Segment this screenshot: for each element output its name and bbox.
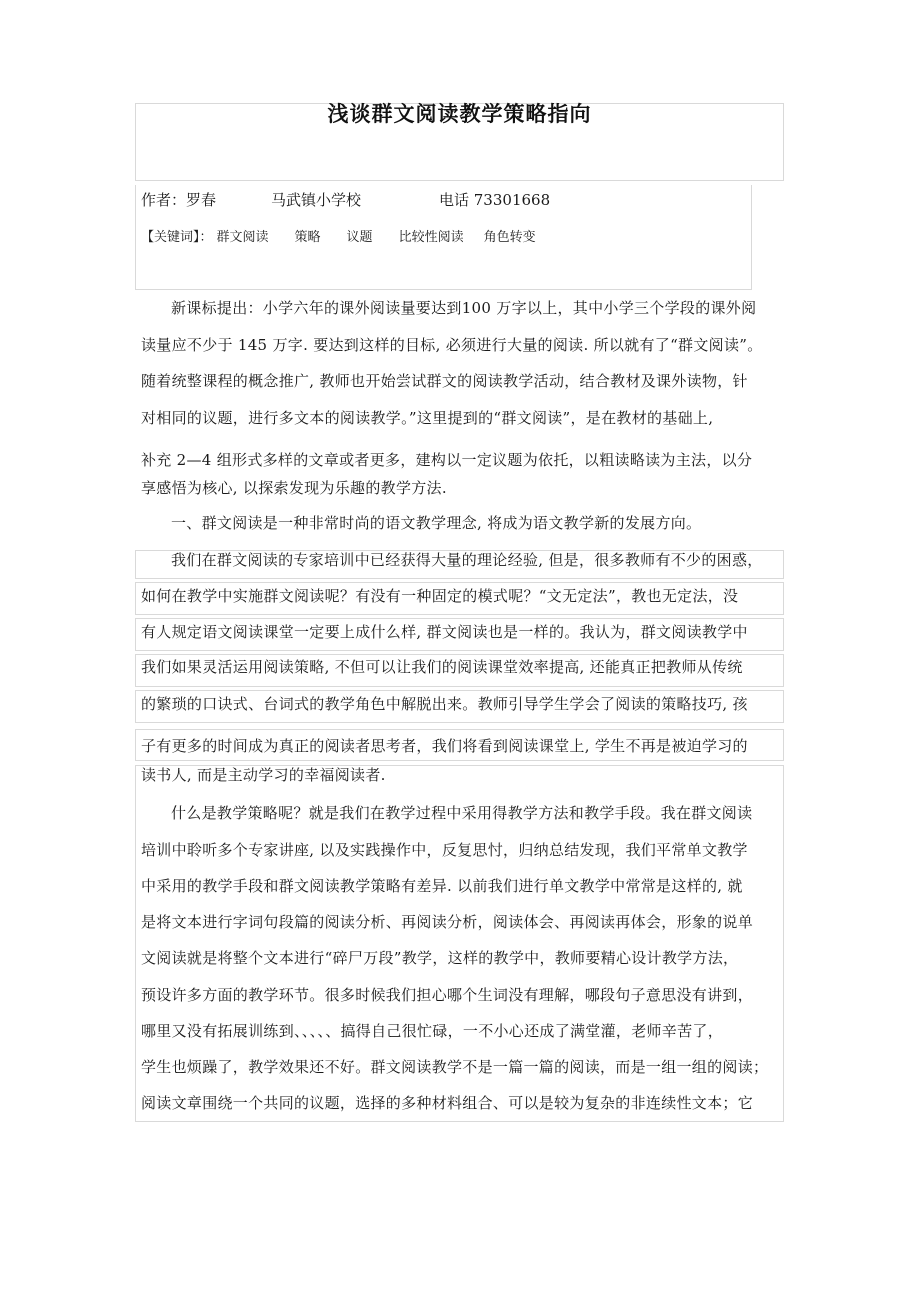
paragraph-line: 有人规定语文阅读课堂一定要上成什么样, 群文阅读也是一样的。我认为，群文阅读教学… (141, 621, 748, 643)
paragraph-line: 培训中聆听多个专家讲座, 以及实践操作中，反复思忖，归纳总结发现，我们平常单文教… (141, 839, 748, 861)
paragraph-line: 中采用的教学手段和群文阅读教学策略有差异. 以前我们进行单文教学中常常是这样的,… (141, 875, 743, 897)
paragraph-line: 读书人, 而是主动学习的幸福阅读者. (141, 764, 386, 786)
keyword: 比较性阅读 (399, 228, 464, 248)
paragraph-line: 的繁琐的口诀式、台词式的教学角色中解脱出来。教师引导学生学会了阅读的策略技巧, … (141, 693, 748, 715)
paragraph-line: 预设许多方面的教学环节。很多时候我们担心哪个生词没有理解，哪段句子意思没有讲到， (141, 984, 753, 1006)
keywords-line: 【关键词】：群文阅读策略议题比较性阅读角色转变 (141, 228, 562, 248)
keywords-label: 【关键词】： (141, 230, 213, 245)
keyword: 角色转变 (484, 228, 536, 248)
paragraph-line: 阅读文章围绕一个共同的议题，选择的多种材料组合、可以是较为复杂的非连续性文本；它 (141, 1092, 753, 1114)
paragraph-line: 学生也烦躁了，教学效果还不好。群文阅读教学不是一篇一篇的阅读，而是一组一组的阅读… (141, 1056, 768, 1078)
keyword: 策略 (295, 228, 321, 248)
paragraph-line: 子有更多的时间成为真正的阅读者思考者，我们将看到阅读课堂上, 学生不再是被迫学习… (141, 735, 748, 757)
paragraph-line: 补充 2—4 组形式多样的文章或者更多，建构以一定议题为依托，以粗读略读为主法，… (141, 449, 752, 471)
keyword: 议题 (347, 228, 373, 248)
author-line: 作者：罗春马武镇小学校电话 73301668 (141, 189, 550, 211)
paragraph-line: 我们如果灵活运用阅读策略, 不但可以让我们的阅读课堂效率提高, 还能真正把教师从… (141, 656, 743, 678)
paragraph-line: 是将文本进行字词句段篇的阅读分析、再阅读分析，阅读体会、再阅读再体会，形象的说单 (141, 911, 753, 933)
paragraph-line: 享感悟为核心, 以探索发现为乐趣的教学方法. (141, 477, 447, 499)
keyword: 群文阅读 (217, 228, 269, 248)
section-heading: 一、群文阅读是一种非常时尚的语文教学理念, 将成为语文教学新的发展方向。 (141, 512, 701, 534)
author-name: 作者：罗春 (141, 189, 271, 211)
school-name: 马武镇小学校 (271, 189, 439, 211)
phone-number: 电话 73301668 (439, 189, 550, 211)
paragraph-line: 文阅读就是将整个文本进行“碎尸万段”教学，这样的教学中，教师要精心设计教学方法， (141, 947, 738, 969)
paragraph-line: 读量应不少于 145 万字. 要达到这样的目标, 必须进行大量的阅读. 所以就有… (141, 334, 763, 356)
paragraph-line: 哪里又没有拓展训练到、、、、、搞得自己很忙碌，一不小心还成了满堂灌，老师辛苦了， (141, 1020, 723, 1042)
document-title: 浅谈群文阅读教学策略指向 (135, 100, 784, 128)
paragraph-line: 新课标提出：小学六年的课外阅读量要达到100 万字以上，其中小学三个学段的课外阅 (141, 297, 756, 319)
paragraph-line: 如何在教学中实施群文阅读呢？有没有一种固定的模式呢？“文无定法”，教也无定法，没 (141, 585, 738, 607)
paragraph-line: 什么是教学策略呢？就是我们在教学过程中采用得教学方法和教学手段。我在群文阅读 (141, 802, 752, 824)
paragraph-line: 对相同的议题，进行多文本的阅读教学。”这里提到的“群文阅读”，是在教材的基础上, (141, 407, 713, 429)
paragraph-line: 随着统整课程的概念推广, 教师也开始尝试群文的阅读教学活动，结合教材及课外读物，… (141, 370, 748, 392)
paragraph-line: 我们在群文阅读的专家培训中已经获得大量的理论经验, 但是，很多教师有不少的困惑， (141, 549, 763, 571)
